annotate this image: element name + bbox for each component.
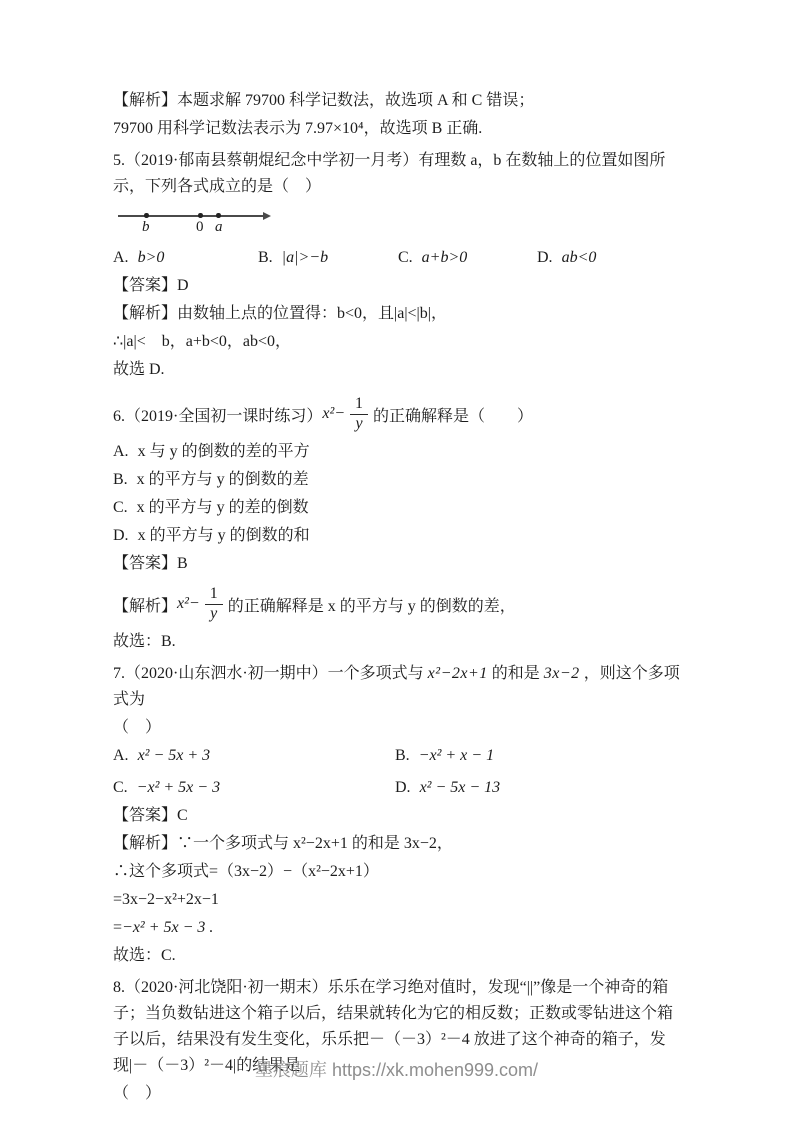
- question6-option-b: B.x 的平方与 y 的倒数的差: [113, 467, 683, 493]
- question5-stem: 5.（2019·郁南县蔡朝焜纪念中学初一月考）有理数 a，b 在数轴上的位置如图…: [113, 148, 683, 200]
- number-line-label-a: a: [215, 218, 223, 236]
- option-math: x² − 5x − 13: [420, 779, 501, 796]
- question7-solution-line4: =−x² + 5x − 3 .: [113, 915, 683, 941]
- number-line-arrow-icon: [263, 212, 271, 220]
- question6-option-d: D.x 的平方与 y 的倒数的和: [113, 523, 683, 549]
- option-math: ab<0: [562, 249, 597, 266]
- question7-stem-math2: 3x−2: [544, 665, 580, 682]
- footer-watermark: 墨痕题库 https://xk.mohen999.com/: [0, 1056, 793, 1082]
- option-label: B.: [258, 249, 273, 266]
- option-text: x 的平方与 y 的倒数的差: [137, 471, 309, 488]
- fraction-one-over-y: 1 y: [205, 586, 223, 623]
- question5-option-b: B.|a|>−b: [258, 245, 398, 271]
- option-label: B.: [395, 747, 410, 764]
- question6-stem-suffix: 的正确解释是（ ）: [373, 403, 533, 426]
- option-label: C.: [113, 779, 128, 796]
- number-line-axis: [118, 215, 264, 217]
- solution-suffix: 的正确解释是 x 的平方与 y 的倒数的差，: [228, 593, 516, 616]
- option-label: C.: [398, 249, 413, 266]
- question8-paren-line: （ ）: [113, 1081, 683, 1107]
- question7-stem-math1: x²−2x+1: [428, 665, 488, 682]
- option-math: a+b>0: [422, 249, 468, 266]
- question7-paren-line: （ ）: [113, 715, 683, 741]
- question7-stem-prefix: 7.（2020·山东泗水·初一期中）一个多项式与: [113, 665, 424, 682]
- question7-answer: 【答案】C: [113, 803, 683, 829]
- question6-answer: 【答案】B: [113, 551, 683, 577]
- option-label: D.: [113, 527, 129, 544]
- question6-option-a: A.x 与 y 的倒数的差的平方: [113, 439, 683, 465]
- equals-sign: =: [113, 919, 122, 936]
- fraction-one-over-y: 1 y: [350, 396, 368, 433]
- option-label: A.: [113, 249, 129, 266]
- solution-math: −x² + 5x − 3 .: [122, 919, 213, 936]
- worksheet-page: 【解析】本题求解 79700 科学记数法，故选项 A 和 C 错误； 79700…: [0, 0, 793, 1122]
- number-line-label-b: b: [142, 218, 150, 236]
- question5-solution-line1: 【解析】由数轴上点的位置得：b<0，且|a|<|b|，: [113, 301, 683, 327]
- question6-solution-line2: 故选：B.: [113, 629, 683, 655]
- option-label: D.: [395, 779, 411, 796]
- question5-option-a: A.b>0: [113, 245, 258, 271]
- document-content: 【解析】本题求解 79700 科学记数法，故选项 A 和 C 错误； 79700…: [113, 88, 683, 1109]
- fraction-denominator: y: [350, 415, 368, 433]
- question6-stem-prefix: 6.（2019·全国初一课时练习）: [113, 403, 322, 426]
- question5-option-d: D.ab<0: [537, 245, 683, 271]
- solution-prefix: 【解析】: [113, 593, 177, 616]
- fraction-numerator: 1: [205, 586, 223, 605]
- question7-option-b: B.−x² + x − 1: [395, 743, 683, 769]
- question7-solution-line2: ∴这个多项式=（3x−2）−（x²−2x+1）: [113, 859, 683, 885]
- fraction-numerator: 1: [350, 396, 368, 415]
- question7-solution-line1: 【解析】∵一个多项式与 x²−2x+1 的和是 3x−2，: [113, 831, 683, 857]
- question7-stem: 7.（2020·山东泗水·初一期中）一个多项式与 x²−2x+1 的和是 3x−…: [113, 661, 683, 713]
- question7-option-c: C.−x² + 5x − 3: [113, 775, 395, 801]
- question7-option-a: A.x² − 5x + 3: [113, 743, 395, 769]
- option-text: x 与 y 的倒数的差的平方: [138, 443, 310, 460]
- solution-q4-line1: 【解析】本题求解 79700 科学记数法，故选项 A 和 C 错误；: [113, 88, 683, 114]
- option-label: A.: [113, 443, 129, 460]
- question5-solution-line3: 故选 D.: [113, 357, 683, 383]
- question6-solution-line1: 【解析】 x²− 1 y 的正确解释是 x 的平方与 y 的倒数的差，: [113, 579, 683, 629]
- solution-q4-line2: 79700 用科学记数法表示为 7.97×10⁴，故选项 B 正确.: [113, 116, 683, 142]
- question5-option-c: C.a+b>0: [398, 245, 537, 271]
- number-line-label-zero: 0: [196, 218, 204, 236]
- option-math: |a|>−b: [282, 249, 328, 266]
- question7-option-d: D.x² − 5x − 13: [395, 775, 683, 801]
- option-label: C.: [113, 499, 128, 516]
- question7-options: A.x² − 5x + 3 B.−x² + x − 1 C.−x² + 5x −…: [113, 743, 683, 801]
- option-text: x 的平方与 y 的差的倒数: [137, 499, 309, 516]
- question7-solution-line3: =3x−2−x²+2x−1: [113, 887, 683, 913]
- option-math: −x² + 5x − 3: [137, 779, 220, 796]
- question5-options: A.b>0 B.|a|>−b C.a+b>0 D.ab<0: [113, 245, 683, 271]
- option-label: A.: [113, 747, 129, 764]
- solution-math: x²−: [177, 595, 200, 613]
- question7-solution-line5: 故选：C.: [113, 943, 683, 969]
- number-line-figure: b 0 a: [118, 205, 328, 241]
- option-math: x² − 5x + 3: [138, 747, 211, 764]
- question6-option-c: C.x 的平方与 y 的差的倒数: [113, 495, 683, 521]
- option-math: −x² + x − 1: [419, 747, 494, 764]
- question6-stem: 6.（2019·全国初一课时练习） x²− 1 y 的正确解释是（ ）: [113, 389, 683, 439]
- option-text: x 的平方与 y 的倒数的和: [138, 527, 310, 544]
- option-label: B.: [113, 471, 128, 488]
- question7-stem-mid: 的和是: [492, 665, 540, 682]
- question6-stem-math: x²−: [322, 405, 345, 423]
- fraction-denominator: y: [205, 605, 223, 623]
- question5-answer: 【答案】D: [113, 273, 683, 299]
- option-math: b>0: [138, 249, 165, 266]
- option-label: D.: [537, 249, 553, 266]
- question5-solution-line2: ∴|a|< b，a+b<0，ab<0，: [113, 329, 683, 355]
